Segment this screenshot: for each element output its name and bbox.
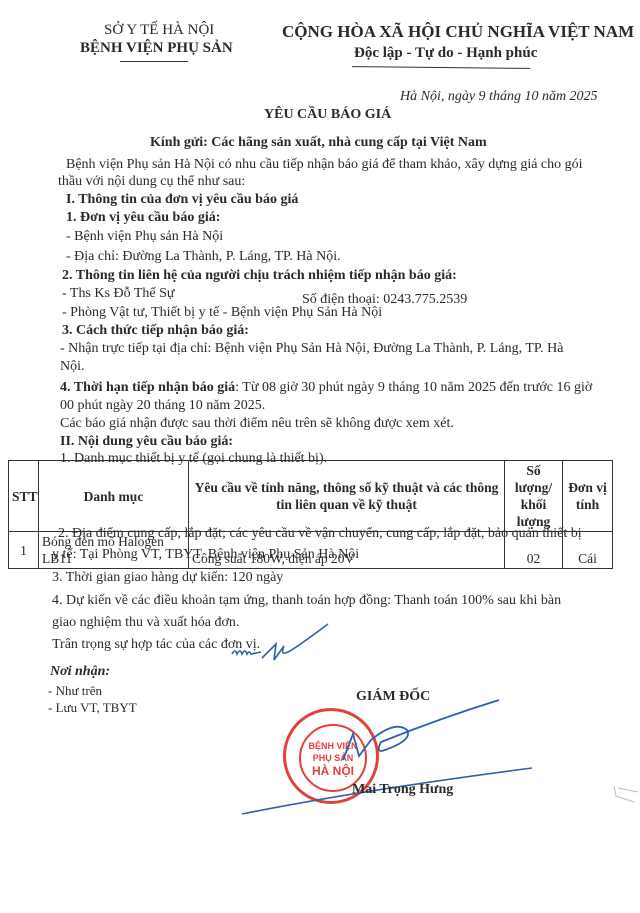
contact-person: - Ths Ks Đỗ Thế Sự xyxy=(62,286,174,302)
scan-mark xyxy=(612,782,640,806)
receipt-method-line-1: - Nhận trực tiếp tại địa chỉ: Bệnh viện … xyxy=(60,341,563,357)
national-motto: Độc lập - Tự do - Hạnh phúc xyxy=(354,45,537,62)
delivery-location-line-1: 2. Địa điểm cung cấp, lắp đặt; các yêu c… xyxy=(58,526,582,542)
section-1-item-3-heading: 3. Cách thức tiếp nhận báo giá: xyxy=(62,323,249,339)
col-unit: Đơn vị tính xyxy=(563,461,613,532)
agency-name: SỞ Y TẾ HÀ NỘI xyxy=(104,22,214,39)
payment-terms-line-1: 4. Dự kiến về các điều khoản tạm ứng, th… xyxy=(52,593,561,609)
receipt-method-line-2: Nội. xyxy=(60,359,85,375)
signer-name: Mai Trọng Hưng xyxy=(352,782,453,798)
col-item: Danh mục xyxy=(39,461,189,532)
requester-address: - Địa chỉ: Đường La Thành, P. Láng, TP. … xyxy=(66,249,341,265)
section-1-item-4-heading: 4. Thời hạn tiếp nhận báo giá xyxy=(60,380,235,395)
col-qty: Số lượng/ khối lượng xyxy=(505,461,563,532)
national-title: CỘNG HÒA XÃ HỘI CHỦ NGHĨA VIỆT NAM xyxy=(282,22,634,42)
director-signature xyxy=(240,700,540,820)
requester-name: - Bệnh viện Phụ sản Hà Nội xyxy=(66,229,223,245)
document-title: YÊU CẦU BÁO GIÁ xyxy=(264,107,391,123)
recipient-item: - Như trên xyxy=(48,683,102,699)
recipients-heading: Nơi nhận: xyxy=(50,664,110,680)
motto-underline xyxy=(352,66,530,69)
section-1-heading: I. Thông tin của đơn vị yêu cầu báo giá xyxy=(66,192,298,208)
recipient-item: - Lưu VT, TBYT xyxy=(48,700,137,716)
section-1-item-2-heading: 2. Thông tin liên hệ của người chịu trác… xyxy=(62,268,457,284)
section-1-item-1-heading: 1. Đơn vị yêu cầu báo giá: xyxy=(66,210,220,226)
deadline-period: : Từ 08 giờ 30 phút ngày 9 tháng 10 năm … xyxy=(235,380,592,395)
section-2-heading: II. Nội dung yêu cầu báo giá: xyxy=(60,434,233,450)
contact-department: - Phòng Vật tư, Thiết bị y tế - Bệnh việ… xyxy=(62,305,382,321)
col-spec: Yêu cầu về tính năng, thông số kỹ thuật … xyxy=(189,461,505,532)
deadline-line-1: 4. Thời hạn tiếp nhận báo giá: Từ 08 giờ… xyxy=(60,380,592,396)
intro-line-2: thầu với nội dung cụ thể như sau: xyxy=(58,174,245,190)
intro-line-1: Bệnh viện Phụ sản Hà Nội có nhu cầu tiếp… xyxy=(66,157,583,173)
delivery-location-line-2: y tế: Tại Phòng VT, TBYT. Bệnh viện Phụ … xyxy=(52,547,359,563)
delivery-time: 3. Thời gian giao hàng dự kiến: 120 ngày xyxy=(52,570,283,586)
payment-terms-line-2: giao nghiệm thu và xuất hóa đơn. xyxy=(52,615,239,631)
document-date: Hà Nội, ngày 9 tháng 10 năm 2025 xyxy=(400,89,598,105)
deadline-line-2: 00 phút ngày 20 tháng 10 năm 2025. xyxy=(60,398,265,414)
row-stt: 1 xyxy=(9,532,39,569)
hospital-name: BỆNH VIỆN PHỤ SẢN xyxy=(80,40,233,57)
deadline-note: Các báo giá nhận được sau thời điểm nêu … xyxy=(60,416,454,432)
col-stt: STT xyxy=(9,461,39,532)
initials-signature xyxy=(228,624,328,664)
table-header-row: STT Danh mục Yêu cầu về tính năng, thông… xyxy=(9,461,613,532)
recipient-line: Kính gửi: Các hãng sản xuất, nhà cung cấ… xyxy=(150,135,487,151)
hospital-underline xyxy=(120,61,188,62)
